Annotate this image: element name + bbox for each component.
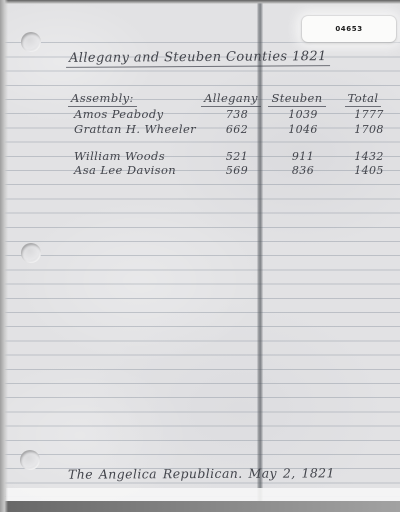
paper-left-edge <box>0 0 8 512</box>
candidate-name: Amos Peabody <box>68 108 204 121</box>
table-row: Asa Lee Davison 569 836 1405 <box>68 163 398 177</box>
blank-ruled-line <box>68 136 398 149</box>
catalog-label: 04653 <box>302 16 396 42</box>
candidate-name: Grattan H. Wheeler <box>68 123 204 136</box>
row-header-label: Assembly: <box>68 92 198 107</box>
allegany-votes: 738 <box>204 108 270 121</box>
catalog-number: 04653 <box>335 25 362 33</box>
table-row: Grattan H. Wheeler 662 1046 1708 <box>68 121 398 135</box>
column-header-allegany: Allegany <box>198 92 264 107</box>
notebook-paper: 04653 Allegany and Steuben Counties 1821… <box>0 0 400 512</box>
allegany-votes: 521 <box>204 150 270 163</box>
table-row: Amos Peabody 738 1039 1777 <box>68 107 398 121</box>
page-bottom-edge <box>6 488 400 501</box>
table-row: William Woods 521 911 1432 <box>68 149 398 163</box>
source-citation: The Angelica Republican. May 2, 1821 <box>68 465 335 481</box>
steuben-votes: 1039 <box>270 108 336 121</box>
page-title-text: Allegany and Steuben Counties 1821 <box>66 49 330 68</box>
scan-bottom-shadow <box>0 501 400 512</box>
allegany-votes: 662 <box>204 123 270 136</box>
hole-punch-top <box>21 32 41 52</box>
column-header-steuben: Steuben <box>264 92 330 107</box>
candidate-name: Asa Lee Davison <box>68 164 204 177</box>
table-header-row: Assembly: Allegany Steuben Total <box>68 93 398 107</box>
steuben-votes: 1046 <box>270 123 336 136</box>
column-header-total: Total <box>330 92 396 107</box>
results-table: Assembly: Allegany Steuben Total Amos Pe… <box>68 93 398 177</box>
total-votes: 1405 <box>336 164 400 177</box>
allegany-votes: 569 <box>204 164 270 177</box>
scan-top-edge <box>0 0 400 4</box>
hole-punch-bottom <box>20 450 40 470</box>
total-votes: 1432 <box>336 150 400 163</box>
fold-crease-line <box>257 0 263 506</box>
steuben-votes: 836 <box>270 164 336 177</box>
steuben-votes: 911 <box>270 150 336 163</box>
candidate-name: William Woods <box>68 150 204 163</box>
hole-punch-middle <box>21 243 41 263</box>
total-votes: 1777 <box>336 108 400 121</box>
scanned-page: 04653 Allegany and Steuben Counties 1821… <box>0 0 400 512</box>
total-votes: 1708 <box>336 123 400 136</box>
page-title: Allegany and Steuben Counties 1821 <box>66 49 330 68</box>
